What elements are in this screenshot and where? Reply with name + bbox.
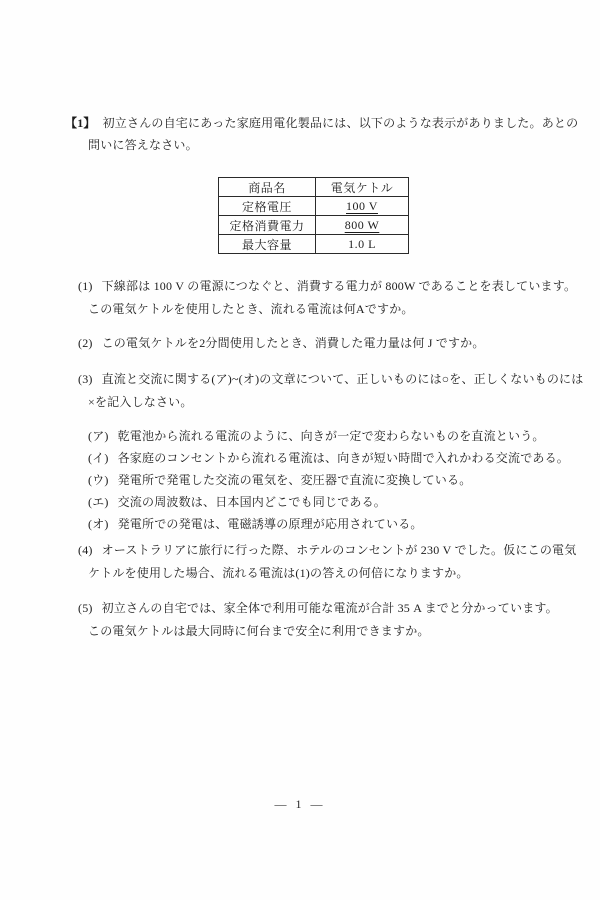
statement-e-text: 交流の周波数は、日本国内どこでも同じである。 xyxy=(118,495,386,509)
question-4-number: (4) xyxy=(78,542,93,558)
table-row: 最大容量 1.0 L xyxy=(219,235,409,254)
appliance-spec-table: 商品名 電気ケトル 定格電圧 100 V 定格消費電力 800 W 最大容量 1… xyxy=(218,177,409,254)
question-5-number: (5) xyxy=(78,600,93,616)
page-number: — 1 — xyxy=(0,797,600,812)
statement-a-number: (ア) xyxy=(88,428,109,444)
question-4-line2: ケトルを使用した場合、流れる電流は(1)の答えの何倍になりますか。 xyxy=(88,565,469,581)
intro-text-1: 初立さんの自宅にあった家庭用電化製品には、以下のような表示がありました。あとの xyxy=(103,116,579,130)
statement-e: (エ)交流の周波数は、日本国内どこでも同じである。 xyxy=(88,494,386,510)
statement-i-text: 各家庭のコンセントから流れる電流は、向きが短い時間で入れかわる交流である。 xyxy=(118,451,569,465)
spec-value-voltage: 100 V xyxy=(316,197,409,216)
question-5-line2: この電気ケトルは最大同時に何台まで安全に利用できますか。 xyxy=(88,623,430,639)
statement-e-number: (エ) xyxy=(88,494,109,510)
spec-value-power: 800 W xyxy=(316,216,409,235)
question-2-number: (2) xyxy=(78,335,93,351)
exam-document-page: 【1】初立さんの自宅にあった家庭用電化製品には、以下のような表示がありました。あ… xyxy=(0,0,600,900)
spec-label-voltage: 定格電圧 xyxy=(219,197,316,216)
question-1-number: (1) xyxy=(78,278,93,294)
statement-o: (オ)発電所での発電は、電磁誘導の原理が応用されている。 xyxy=(88,516,423,532)
question-1-text1: 下線部は 100 V の電源につなぐと、消費する電力が 800W であることを表… xyxy=(102,279,577,293)
question-2-text1: この電気ケトルを2分間使用したとき、消費した電力量は何 J ですか。 xyxy=(102,336,485,350)
question-3-line2: ×を記入しなさい。 xyxy=(88,394,193,410)
table-row: 商品名 電気ケトル xyxy=(219,178,409,197)
question-3-text1: 直流と交流に関する(ア)~(オ)の文章について、正しいものには○を、正しくないも… xyxy=(102,372,584,386)
question-5-line1: (5)初立さんの自宅では、家全体で利用可能な電流が合計 35 A までと分かって… xyxy=(78,600,558,616)
statement-i: (イ)各家庭のコンセントから流れる電流は、向きが短い時間で入れかわる交流である。 xyxy=(88,450,569,466)
question-3-number: (3) xyxy=(78,371,93,387)
table-row: 定格消費電力 800 W xyxy=(219,216,409,235)
statement-a: (ア)乾電池から流れる電流のように、向きが一定で変わらないものを直流という。 xyxy=(88,428,545,444)
question-1-line2: この電気ケトルを使用したとき、流れる電流は何Aですか。 xyxy=(88,301,414,317)
question-3-line1: (3)直流と交流に関する(ア)~(オ)の文章について、正しいものには○を、正しく… xyxy=(78,371,583,387)
statement-u: (ウ)発電所で発電した交流の電気を、変圧器で直流に変換している。 xyxy=(88,472,471,488)
spec-label-capacity: 最大容量 xyxy=(219,235,316,254)
statement-a-text: 乾電池から流れる電流のように、向きが一定で変わらないものを直流という。 xyxy=(118,429,545,443)
problem-intro-line1: 【1】初立さんの自宅にあった家庭用電化製品には、以下のような表示がありました。あ… xyxy=(65,115,578,131)
spec-value-product: 電気ケトル xyxy=(316,178,409,197)
spec-label-product: 商品名 xyxy=(219,178,316,197)
underlined-power: 800 W xyxy=(344,218,381,232)
underlined-voltage: 100 V xyxy=(345,199,379,213)
question-5-text1: 初立さんの自宅では、家全体で利用可能な電流が合計 35 A までと分かっています… xyxy=(102,601,558,615)
question-4-text1: オーストラリアに旅行に行った際、ホテルのコンセントが 230 V でした。仮にこ… xyxy=(102,543,577,557)
question-4-line1: (4)オーストラリアに旅行に行った際、ホテルのコンセントが 230 V でした。… xyxy=(78,542,576,558)
statement-u-number: (ウ) xyxy=(88,472,109,488)
spec-label-power: 定格消費電力 xyxy=(219,216,316,235)
statement-o-number: (オ) xyxy=(88,516,109,532)
statement-u-text: 発電所で発電した交流の電気を、変圧器で直流に変換している。 xyxy=(118,473,472,487)
question-2-line1: (2)この電気ケトルを2分間使用したとき、消費した電力量は何 J ですか。 xyxy=(78,335,485,351)
problem-number: 【1】 xyxy=(65,115,96,131)
statement-o-text: 発電所での発電は、電磁誘導の原理が応用されている。 xyxy=(118,517,423,531)
table-row: 定格電圧 100 V xyxy=(219,197,409,216)
statement-i-number: (イ) xyxy=(88,450,109,466)
problem-intro-line2: 問いに答えなさい。 xyxy=(88,137,198,153)
spec-value-capacity: 1.0 L xyxy=(316,235,409,254)
question-1-line1: (1)下線部は 100 V の電源につなぐと、消費する電力が 800W であるこ… xyxy=(78,278,576,294)
